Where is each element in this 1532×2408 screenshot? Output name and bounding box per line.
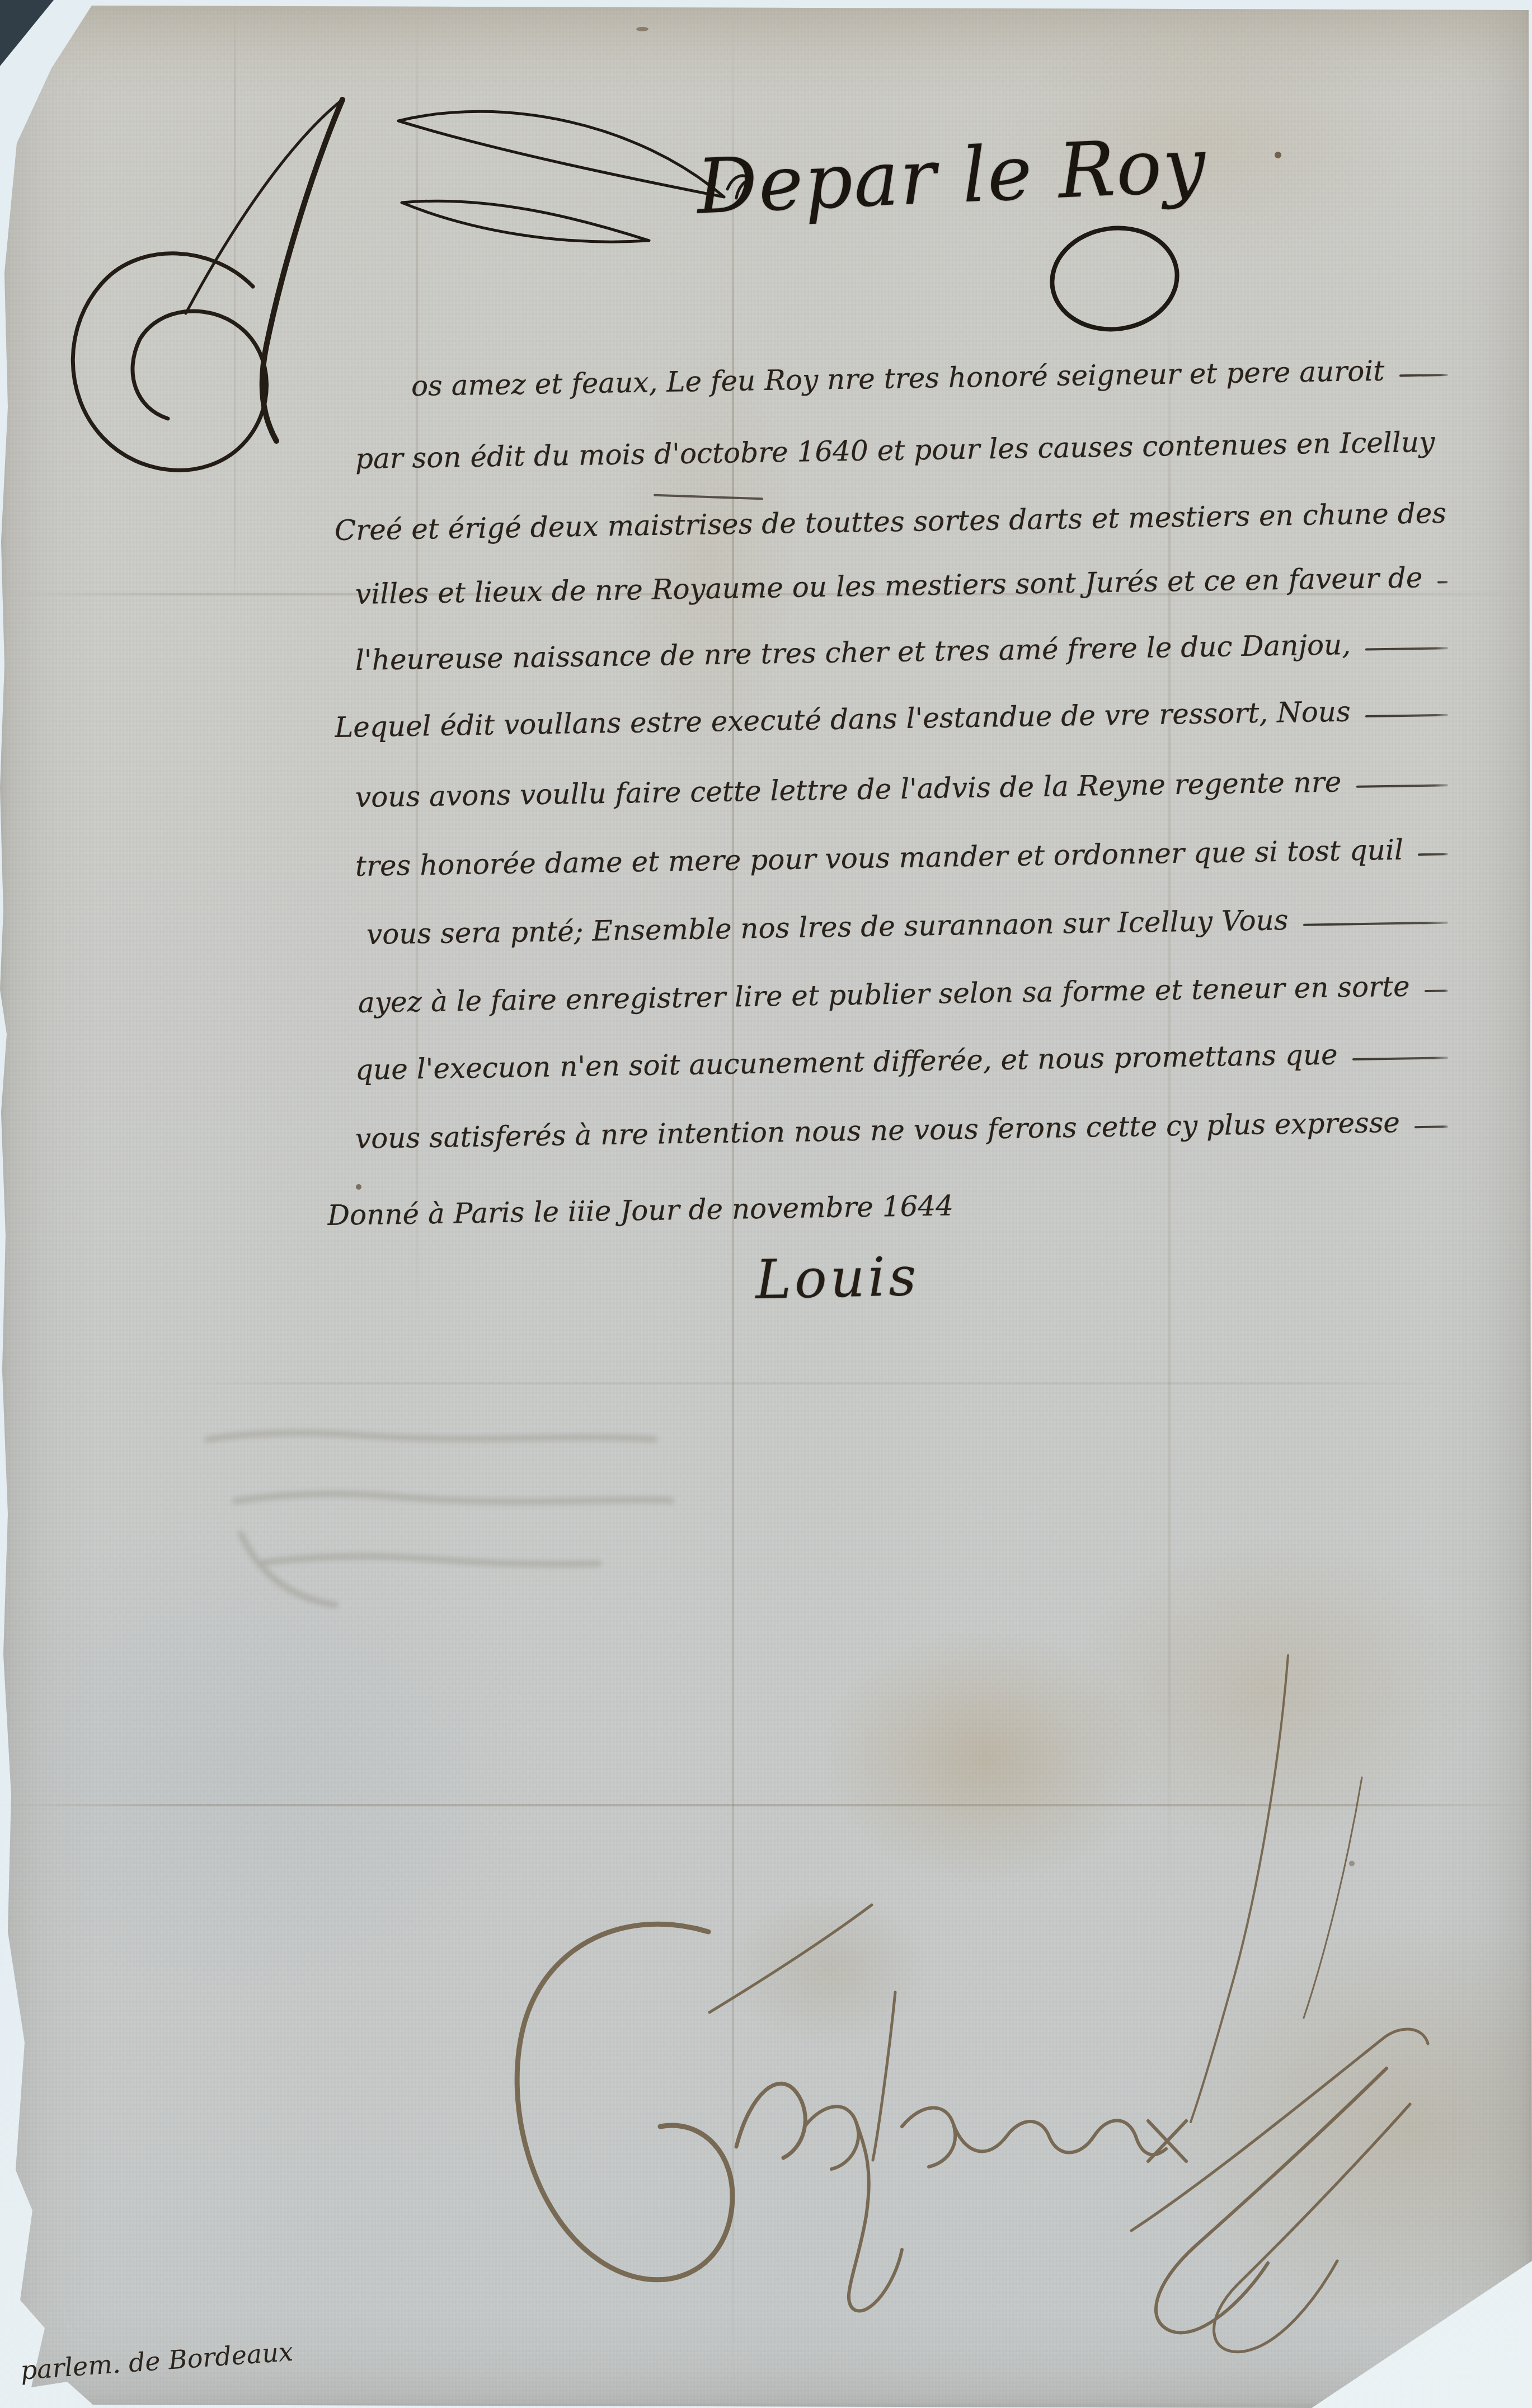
- line-end-stroke: [1352, 1057, 1448, 1060]
- line-end-stroke: [1303, 922, 1448, 926]
- line-end-stroke: [1365, 647, 1448, 650]
- line-end-stroke: [1356, 784, 1448, 788]
- backdrop-corner-shadow: [0, 0, 54, 66]
- line-end-stroke: [1414, 1125, 1448, 1128]
- king-signature-louis: Louis: [755, 1245, 920, 1311]
- manuscript-line-13-dateline: Donné à Paris le iiie Jour de novembre 1…: [327, 1162, 1219, 1255]
- line-end-stroke: [1425, 989, 1448, 992]
- line-end-stroke: [1437, 581, 1448, 583]
- line-end-stroke: [1365, 714, 1448, 717]
- line-end-stroke: [1418, 853, 1448, 856]
- line-end-stroke: [1399, 374, 1448, 377]
